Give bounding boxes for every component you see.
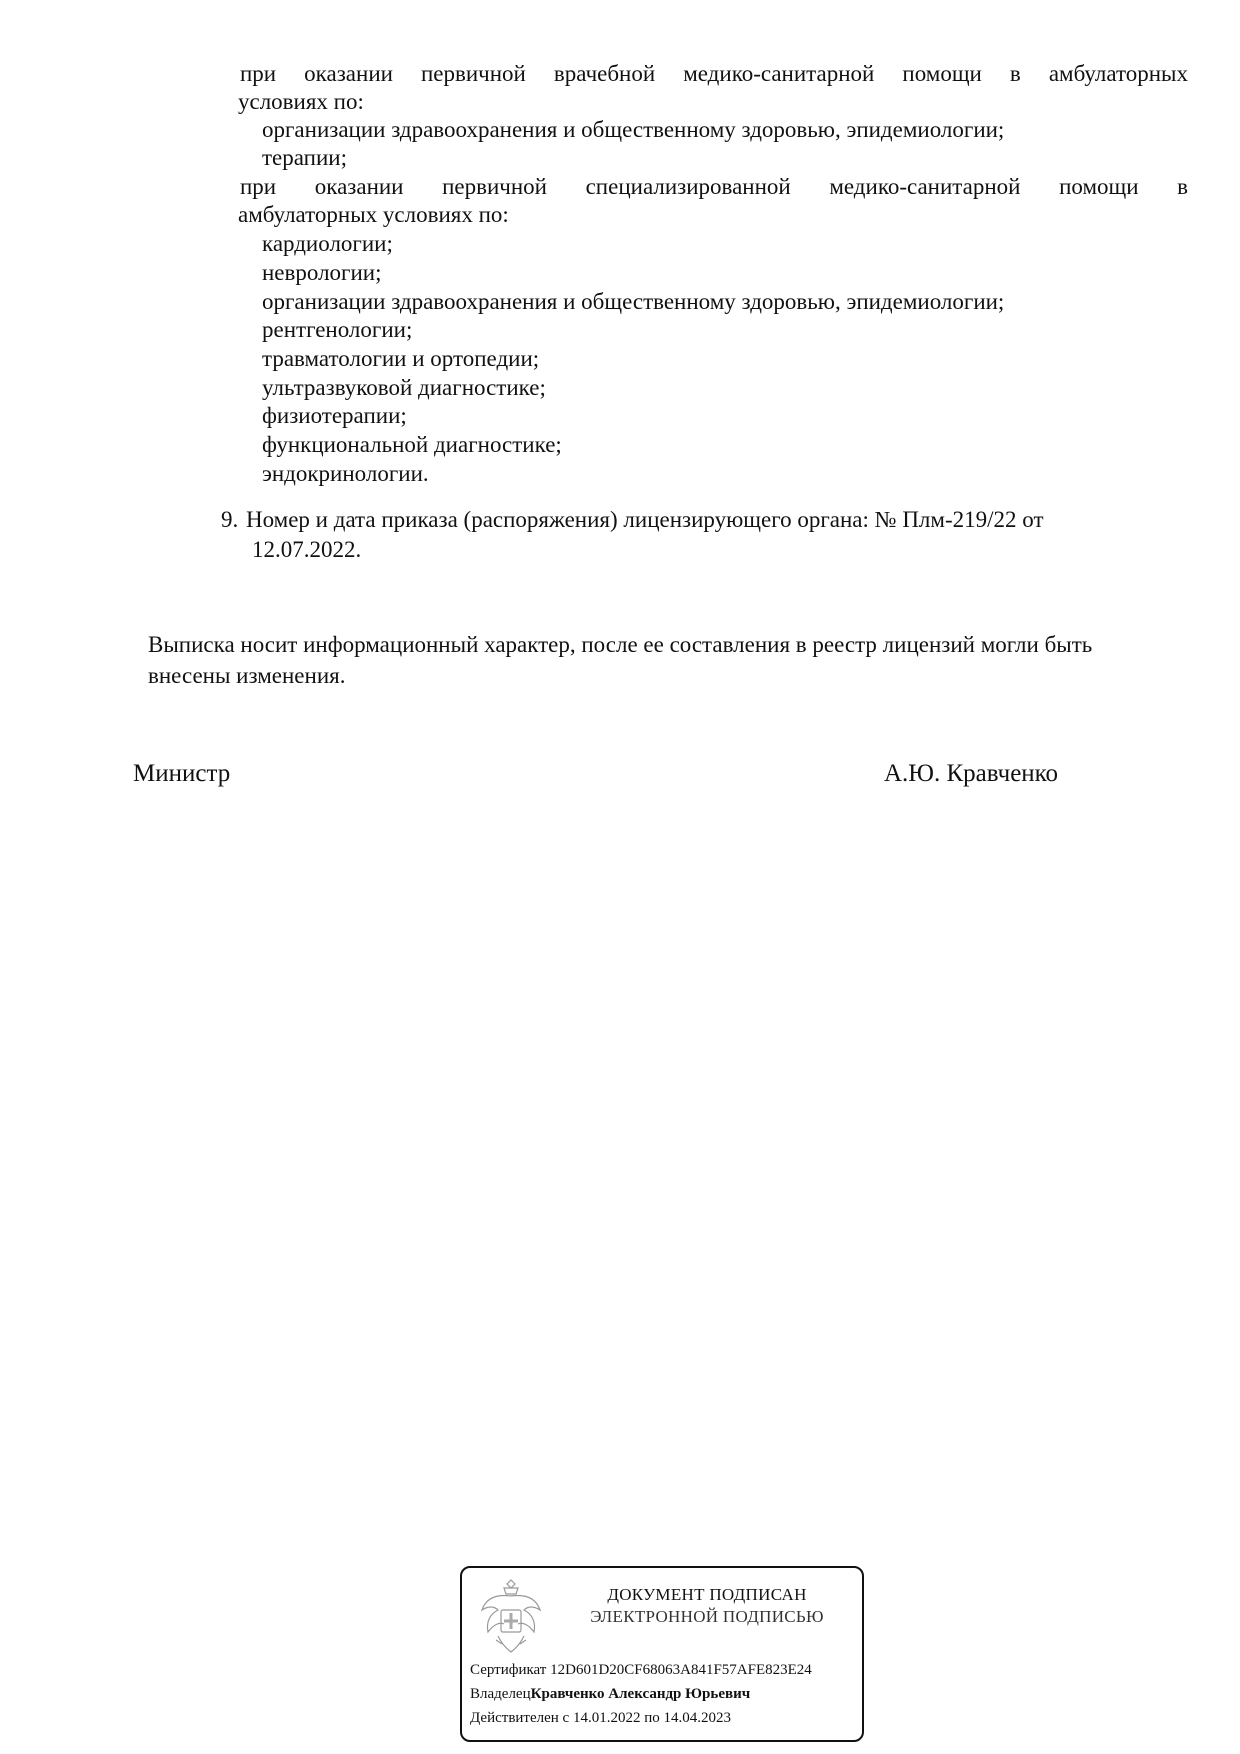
specialized-care-item: рентгенологии;	[262, 316, 412, 344]
notice-line2: внесены изменения.	[148, 662, 345, 690]
specialized-care-item: неврологии;	[262, 259, 382, 287]
owner-label: Владелец	[470, 1686, 531, 1702]
stamp-title-line1: ДОКУМЕНТ ПОДПИСАН	[558, 1584, 856, 1606]
primary-care-heading-line2: условиях по:	[238, 88, 364, 116]
coat-of-arms-icon	[476, 1576, 546, 1656]
signatory-position: Министр	[133, 760, 230, 788]
stamp-title-line2: ЭЛЕКТРОННОЙ ПОДПИСЬЮ	[558, 1606, 856, 1628]
stamp-validity: Действителен с 14.01.2022 по 14.04.2023	[470, 1708, 731, 1728]
specialized-care-heading-line1: при оказании первичной специализированно…	[240, 173, 1188, 201]
signatory-name: А.Ю. Кравченко	[884, 760, 1058, 788]
certificate-value: 12D601D20CF68063A841F57AFE823E24	[550, 1662, 812, 1678]
order-line1: Номер и дата приказа (распоряжения) лице…	[246, 506, 1044, 534]
specialized-care-item: эндокринологии.	[262, 460, 429, 488]
specialized-care-item: организации здравоохранения и общественн…	[262, 288, 1004, 316]
owner-value: Кравченко Александр Юрьевич	[531, 1686, 751, 1702]
notice-line1: Выписка носит информационный характер, п…	[148, 631, 1092, 659]
stamp-certificate: Сертификат 12D601D20CF68063A841F57AFE823…	[470, 1660, 812, 1680]
primary-care-heading-line1: при оказании первичной врачебной медико-…	[240, 60, 1188, 88]
electronic-signature-stamp: ДОКУМЕНТ ПОДПИСАН ЭЛЕКТРОННОЙ ПОДПИСЬЮ С…	[460, 1566, 864, 1742]
specialized-care-item: физиотерапии;	[262, 402, 407, 430]
specialized-care-item: ультразвуковой диагностике;	[262, 374, 546, 402]
certificate-label: Сертификат	[470, 1662, 546, 1678]
primary-care-item: организации здравоохранения и общественн…	[262, 116, 1004, 144]
stamp-owner: ВладелецКравченко Александр Юрьевич	[470, 1684, 750, 1704]
order-line2: 12.07.2022.	[252, 536, 361, 564]
order-item-number: 9.	[221, 506, 238, 534]
specialized-care-item: кардиологии;	[262, 230, 393, 258]
specialized-care-item: функциональной диагностике;	[262, 431, 562, 459]
specialized-care-item: травматологии и ортопедии;	[262, 345, 539, 373]
specialized-care-heading-line2: амбулаторных условиях по:	[238, 201, 509, 229]
primary-care-item: терапии;	[262, 144, 347, 172]
